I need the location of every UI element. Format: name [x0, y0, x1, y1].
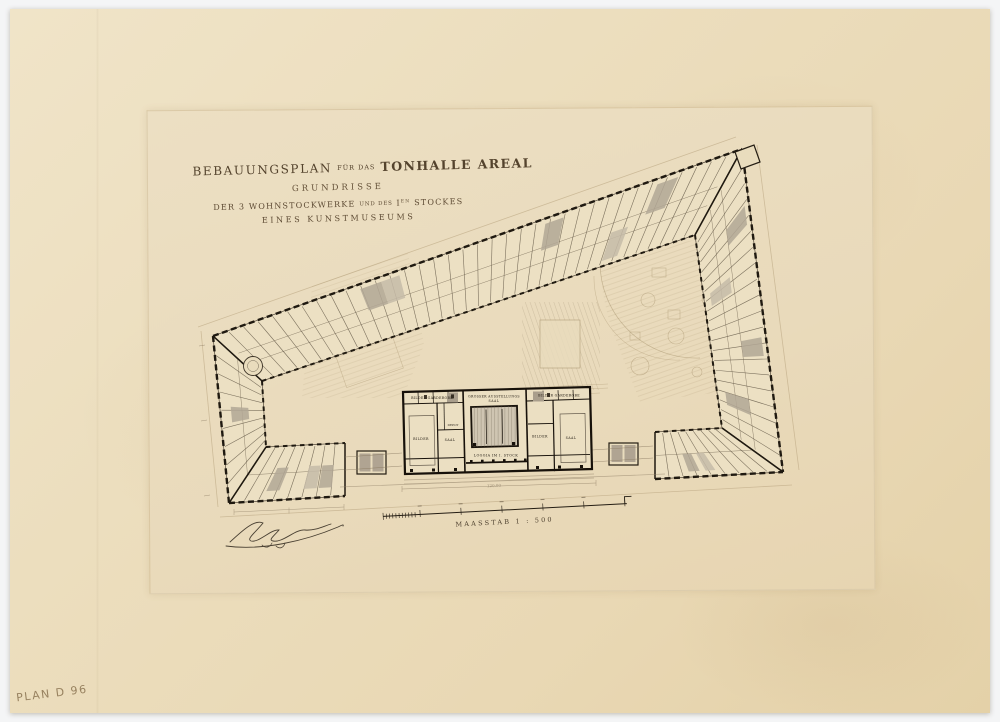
forecourt [340, 474, 665, 487]
kunstmuseum: BILDER GARDEROBE BILDER GARDEROBE GROSSE… [403, 387, 592, 474]
scanned-plan-page: BEBAUUNGSPLAN FÜR DAS TONHALLE AREAL GRU… [0, 0, 1000, 722]
label-hall-1: GROSSER AUSSTELLUNGS [468, 395, 520, 399]
label-garderobe-right: BILDER GARDEROBE [538, 394, 580, 398]
label-saal-left: SAAL [445, 438, 456, 442]
label-saal-right: SAAL [566, 436, 577, 440]
label-depot: DEPOT [447, 423, 458, 427]
label-bilder-left: BILDER [413, 437, 429, 441]
stair-rotunda [244, 357, 263, 376]
label-bilder-right: BILDER [532, 435, 548, 439]
scale-bar: MAASSTAB 1 : 500 [383, 494, 633, 532]
label-hall-2: SAAL [489, 399, 500, 403]
label-garderobe-left: BILDER GARDEROBE [411, 396, 453, 400]
floor-plan-svg: BILDER GARDEROBE BILDER GARDEROBE GROSSE… [0, 0, 1000, 722]
dimension-text: 120.00 [487, 483, 502, 489]
signature [226, 522, 343, 548]
garden-bed [540, 320, 580, 368]
scale-label: MAASSTAB 1 : 500 [455, 515, 554, 528]
label-loggia: LOGGIA IM I. STOCK [474, 454, 518, 458]
